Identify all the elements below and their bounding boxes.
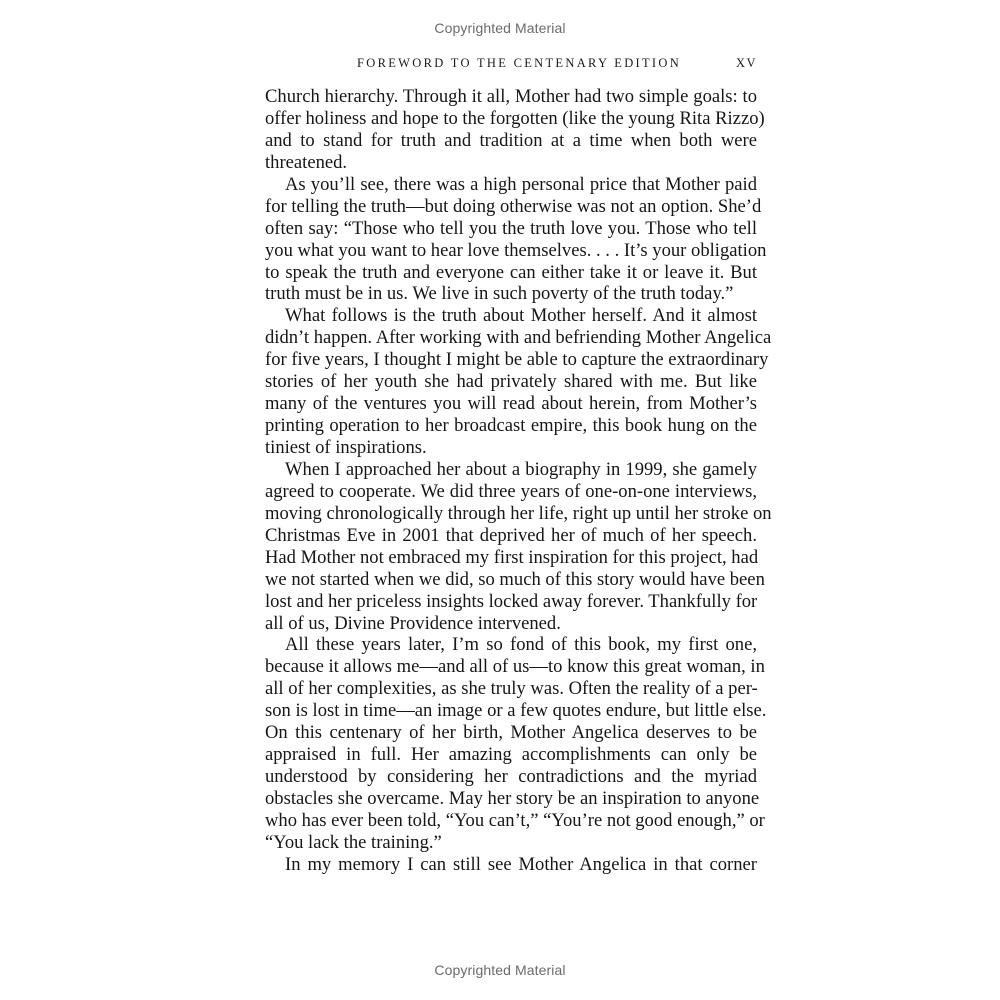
paragraph: As you’ll see, there was a high personal… (265, 174, 757, 306)
copyright-watermark-bottom: Copyrighted Material (0, 962, 1000, 978)
text-line: Christmas Eve in 2001 that deprived her … (265, 525, 757, 547)
running-head-title: Foreword to the Centenary Edition (357, 56, 681, 71)
text-line: who has ever been told, “You can’t,” “Yo… (265, 810, 757, 832)
text-line: On this centenary of her birth, Mother A… (265, 722, 757, 744)
text-line: “You lack the training.” (265, 832, 757, 854)
text-line: As you’ll see, there was a high personal… (265, 174, 757, 196)
text-line: son is lost in time—an image or a few qu… (265, 700, 757, 722)
text-line: to speak the truth and everyone can eith… (265, 262, 757, 284)
text-line: often say: “Those who tell you the truth… (265, 218, 757, 240)
text-line: moving chronologically through her life,… (265, 503, 757, 525)
text-line: printing operation to her broadcast empi… (265, 415, 757, 437)
text-line: many of the ventures you will read about… (265, 393, 757, 415)
text-line: obstacles she overcame. May her story be… (265, 788, 757, 810)
text-line: When I approached her about a biography … (265, 459, 757, 481)
paragraph: All these years later, I’m so fond of th… (265, 634, 757, 853)
text-line: we not started when we did, so much of t… (265, 569, 757, 591)
paragraph: When I approached her about a biography … (265, 459, 757, 635)
body-text: Church hierarchy. Through it all, Mother… (265, 86, 757, 876)
text-line: because it allows me—and all of us—to kn… (265, 656, 757, 678)
text-line: offer holiness and hope to the forgotten… (265, 108, 757, 130)
paragraph: In my memory I can still see Mother Ange… (265, 854, 757, 876)
text-line: understood by considering her contradict… (265, 766, 757, 788)
text-line: didn’t happen. After working with and be… (265, 327, 757, 349)
running-head: Foreword to the Centenary Edition xv (265, 56, 757, 74)
page-number: xv (736, 56, 757, 71)
text-line: stories of her youth she had privately s… (265, 371, 757, 393)
text-line: What follows is the truth about Mother h… (265, 305, 757, 327)
text-line: All these years later, I’m so fond of th… (265, 634, 757, 656)
text-line: threatened. (265, 152, 757, 174)
text-line: lost and her priceless insights locked a… (265, 591, 757, 613)
text-line: all of her complexities, as she truly wa… (265, 678, 757, 700)
text-line: for telling the truth—but doing otherwis… (265, 196, 757, 218)
paragraph: Church hierarchy. Through it all, Mother… (265, 86, 757, 174)
text-line: and to stand for truth and tradition at … (265, 130, 757, 152)
text-line: truth must be in us. We live in such pov… (265, 283, 757, 305)
text-line: tiniest of inspirations. (265, 437, 757, 459)
text-line: appraised in full. Her amazing accomplis… (265, 744, 757, 766)
text-line: you what you want to hear love themselve… (265, 240, 757, 262)
text-line: agreed to cooperate. We did three years … (265, 481, 757, 503)
paragraph: What follows is the truth about Mother h… (265, 305, 757, 459)
text-line: for five years, I thought I might be abl… (265, 349, 757, 371)
text-line: Had Mother not embraced my first inspira… (265, 547, 757, 569)
text-line: Church hierarchy. Through it all, Mother… (265, 86, 757, 108)
text-line: In my memory I can still see Mother Ange… (265, 854, 757, 876)
text-line: all of us, Divine Providence intervened. (265, 613, 757, 635)
copyright-watermark-top: Copyrighted Material (0, 20, 1000, 36)
